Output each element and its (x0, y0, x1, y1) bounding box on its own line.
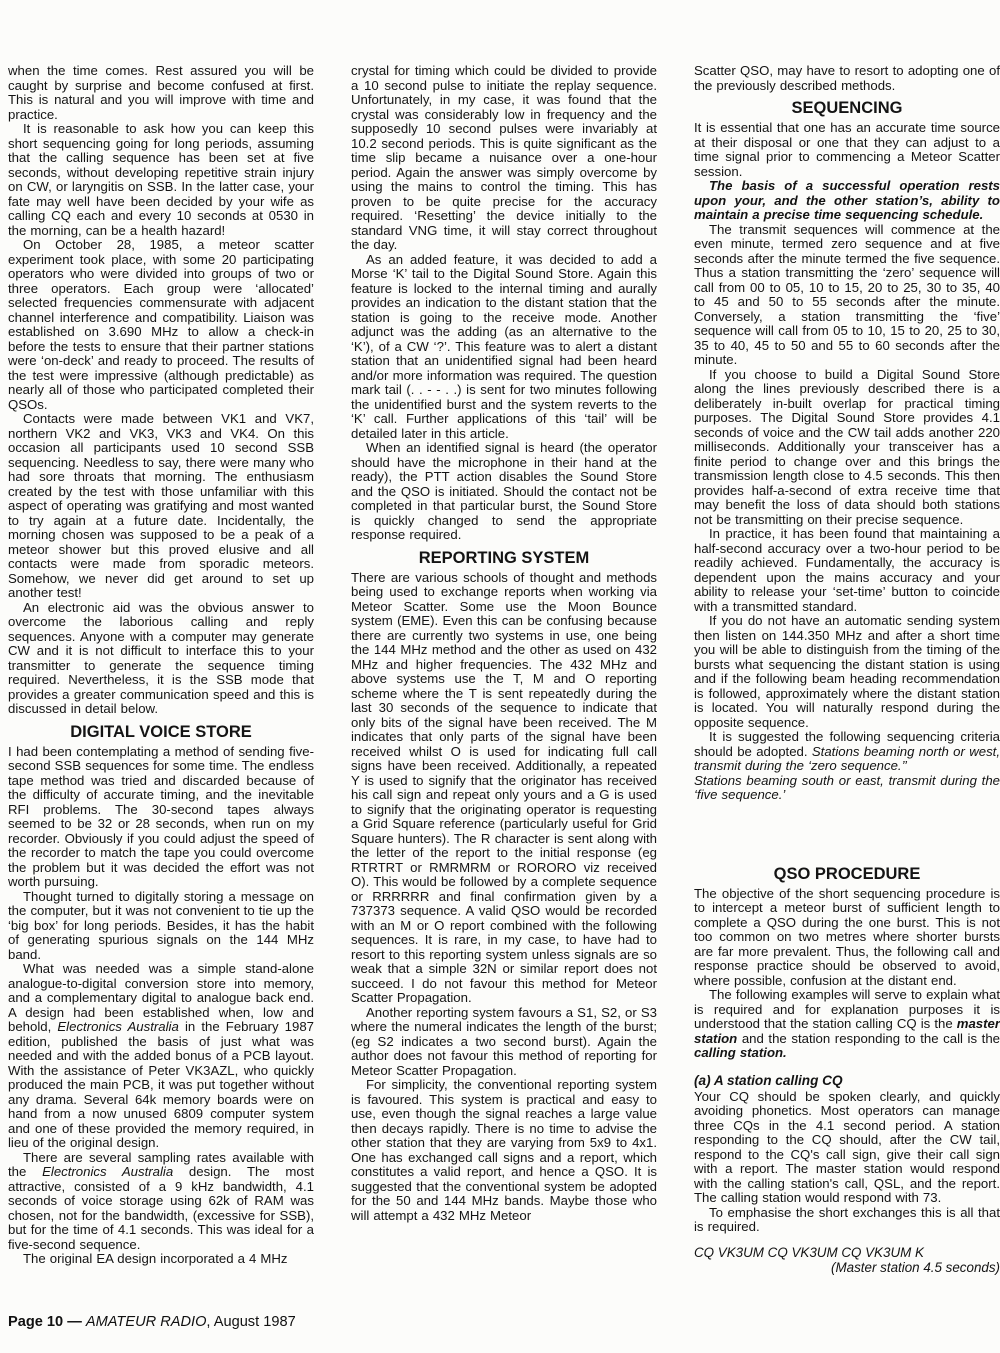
footer-page-number: Page 10 — (8, 1314, 86, 1330)
text-run: Contacts were made between VK1 and VK7, … (8, 411, 314, 600)
page-footer: Page 10 — AMATEUR RADIO, August 1987 (8, 1314, 296, 1330)
paragraph: The following examples will serve to exp… (694, 988, 1000, 1061)
text-run: An electronic aid was the obvious answer… (8, 600, 314, 717)
text-run: When an identified signal is heard (the … (351, 440, 657, 542)
paragraph: The basis of a successful operation rest… (694, 179, 1000, 223)
paragraph: I had been contemplating a method of sen… (8, 745, 314, 890)
paragraph: In practice, it has been found that main… (694, 527, 1000, 614)
section-heading: QSO PROCEDURE (694, 865, 1000, 884)
paragraph: To emphasise the short exchanges this is… (694, 1206, 1000, 1235)
text-run: It is reasonable to ask how you can keep… (8, 121, 314, 238)
text-run: On October 28, 1985, a meteor scatter ex… (8, 237, 314, 412)
text-run: The objective of the short sequencing pr… (694, 886, 1000, 988)
paragraph: Stations beaming south or east, transmit… (694, 774, 1000, 803)
paragraph: It is reasonable to ask how you can keep… (8, 122, 314, 238)
paragraph: Thought turned to digitally storing a me… (8, 890, 314, 963)
paragraph: The transmit sequences will commence at … (694, 223, 1000, 368)
paragraph: Your CQ should be spoken clearly, and qu… (694, 1090, 1000, 1206)
sub-heading: (a) A station calling CQ (694, 1073, 1000, 1088)
paragraph: If you do not have an automatic sending … (694, 614, 1000, 730)
text-run: The basis of a successful operation rest… (694, 178, 1000, 222)
text-run: For simplicity, the conventional reporti… (351, 1077, 657, 1223)
text-run: crystal for timing which could be divide… (351, 63, 657, 252)
text-run: The following examples will serve to exp… (694, 987, 1000, 1031)
text-run: in the February 1987 edition, published … (8, 1019, 314, 1150)
paragraph: If you choose to build a Digital Sound S… (694, 368, 1000, 528)
paragraph: An electronic aid was the obvious answer… (8, 601, 314, 717)
paragraph: The original EA design incorporated a 4 … (8, 1252, 314, 1267)
text-run: Thought turned to digitally storing a me… (8, 889, 314, 962)
section-heading: REPORTING SYSTEM (351, 549, 657, 568)
paragraph: Another reporting system favours a S1, S… (351, 1006, 657, 1079)
paragraph: For simplicity, the conventional reporti… (351, 1078, 657, 1223)
text-run: If you do not have an automatic sending … (694, 613, 1000, 730)
paragraph: There are several sampling rates availab… (8, 1151, 314, 1253)
section-heading: SEQUENCING (694, 99, 1000, 118)
text-run: and the station responding to the call i… (737, 1031, 1000, 1046)
text-run: Scatter QSO, may have to resort to adopt… (694, 63, 1000, 93)
text-run: If you choose to build a Digital Sound S… (694, 367, 1000, 527)
text-run: As an added feature, it was decided to a… (351, 252, 657, 441)
paragraph: There are various schools of thought and… (351, 571, 657, 1006)
text-run: Electronics Australia (57, 1019, 178, 1034)
text-run: I had been contemplating a method of sen… (8, 744, 314, 890)
paragraph: On October 28, 1985, a meteor scatter ex… (8, 238, 314, 412)
example-line: (Master station 4.5 seconds) (694, 1260, 1000, 1275)
paragraph: Contacts were made between VK1 and VK7, … (8, 412, 314, 601)
text-run: Another reporting system favours a S1, S… (351, 1005, 657, 1078)
paragraph: when the time comes. Rest assured you wi… (8, 64, 314, 122)
text-run: when the time comes. Rest assured you wi… (8, 63, 314, 122)
example-line: CQ VK3UM CQ VK3UM CQ VK3UM K (694, 1245, 1000, 1260)
text-run: Your CQ should be spoken clearly, and qu… (694, 1089, 1000, 1206)
article-columns: when the time comes. Rest assured you wi… (8, 64, 1000, 1275)
magazine-page: when the time comes. Rest assured you wi… (0, 0, 1000, 1353)
paragraph: What was needed was a simple stand-alone… (8, 962, 314, 1151)
column-2: crystal for timing which could be divide… (351, 64, 657, 1275)
footer-issue-date: , August 1987 (206, 1314, 295, 1330)
text-run: It is essential that one has an accurate… (694, 120, 1000, 179)
text-run: To emphasise the short exchanges this is… (694, 1205, 1000, 1235)
paragraph: As an added feature, it was decided to a… (351, 253, 657, 442)
paragraph: When an identified signal is heard (the … (351, 441, 657, 543)
example-exchange: CQ VK3UM CQ VK3UM CQ VK3UM K(Master stat… (694, 1245, 1000, 1275)
text-run: Stations beaming south or east, transmit… (694, 773, 1000, 803)
text-run: Electronics Australia (42, 1164, 173, 1179)
text-run: The transmit sequences will commence at … (694, 222, 1000, 368)
footer-magazine-title: AMATEUR RADIO (86, 1314, 207, 1330)
section-heading: DIGITAL VOICE STORE (8, 723, 314, 742)
paragraph: crystal for timing which could be divide… (351, 64, 657, 253)
text-run: calling station. (694, 1045, 787, 1060)
paragraph: It is essential that one has an accurate… (694, 121, 1000, 179)
column-1: when the time comes. Rest assured you wi… (8, 64, 314, 1275)
text-run: There are various schools of thought and… (351, 570, 657, 1006)
paragraph: It is suggested the following sequencing… (694, 730, 1000, 774)
text-run: The original EA design incorporated a 4 … (23, 1251, 288, 1266)
paragraph: Scatter QSO, may have to resort to adopt… (694, 64, 1000, 93)
column-3: Scatter QSO, may have to resort to adopt… (694, 64, 1000, 1275)
paragraph: The objective of the short sequencing pr… (694, 887, 1000, 989)
text-run: In practice, it has been found that main… (694, 526, 1000, 614)
